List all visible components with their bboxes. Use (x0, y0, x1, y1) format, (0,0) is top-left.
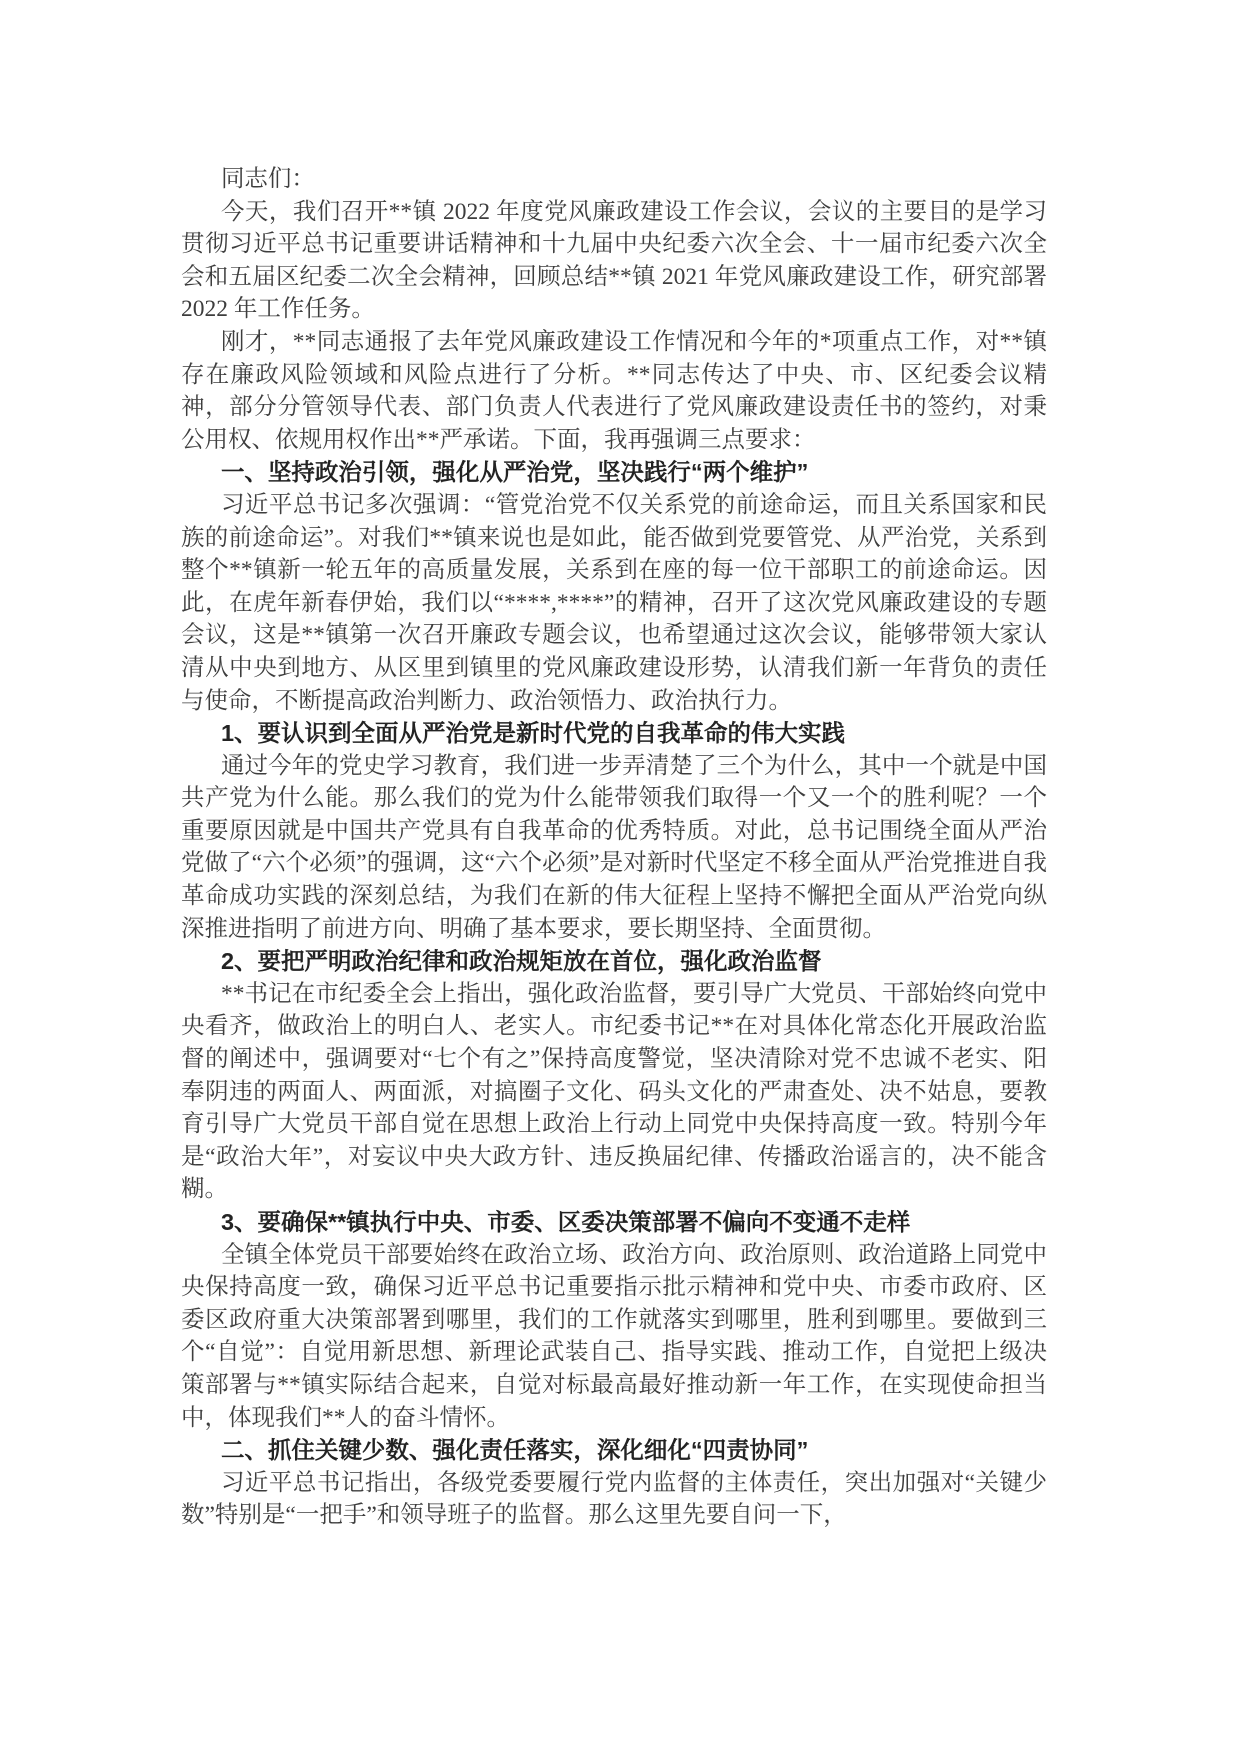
paragraph-recap: 刚才，**同志通报了去年党风廉政建设工作情况和今年的*项重点工作，对**镇存在廉… (181, 326, 1047, 456)
paragraph-section1-body: 习近平总书记多次强调：“管党治党不仅关系党的前途命运，而且关系国家和民族的前途命… (181, 489, 1047, 717)
section-heading-1: 一、坚持政治引领，强化从严治党，坚决践行“两个维护” (181, 456, 1047, 489)
paragraph-subsection1-2-body: **书记在市纪委全会上指出，强化政治监督，要引导广大党员、干部始终向党中央看齐，… (181, 978, 1047, 1206)
subsection-heading-1-1: 1、要认识到全面从严治党是新时代党的自我革命的伟大实践 (181, 717, 1047, 750)
paragraph-greeting: 同志们： (181, 163, 1047, 196)
paragraph-subsection1-3-body: 全镇全体党员干部要始终在政治立场、政治方向、政治原则、政治道路上同党中央保持高度… (181, 1239, 1047, 1435)
paragraph-intro: 今天，我们召开**镇 2022 年度党风廉政建设工作会议，会议的主要目的是学习贯… (181, 196, 1047, 326)
paragraph-subsection1-1-body: 通过今年的党史学习教育，我们进一步弄清楚了三个为什么，其中一个就是中国共产党为什… (181, 750, 1047, 946)
document-page: 同志们： 今天，我们召开**镇 2022 年度党风廉政建设工作会议，会议的主要目… (0, 0, 1240, 1754)
paragraph-section2-body: 习近平总书记指出，各级党委要履行党内监督的主体责任，突出加强对“关键少数”特别是… (181, 1467, 1047, 1532)
section-heading-2: 二、抓住关键少数、强化责任落实，深化细化“四责协同” (181, 1434, 1047, 1467)
document-body: 同志们： 今天，我们召开**镇 2022 年度党风廉政建设工作会议，会议的主要目… (181, 163, 1047, 1532)
subsection-heading-1-3: 3、要确保**镇执行中央、市委、区委决策部署不偏向不变通不走样 (181, 1206, 1047, 1239)
subsection-heading-1-2: 2、要把严明政治纪律和政治规矩放在首位，强化政治监督 (181, 945, 1047, 978)
